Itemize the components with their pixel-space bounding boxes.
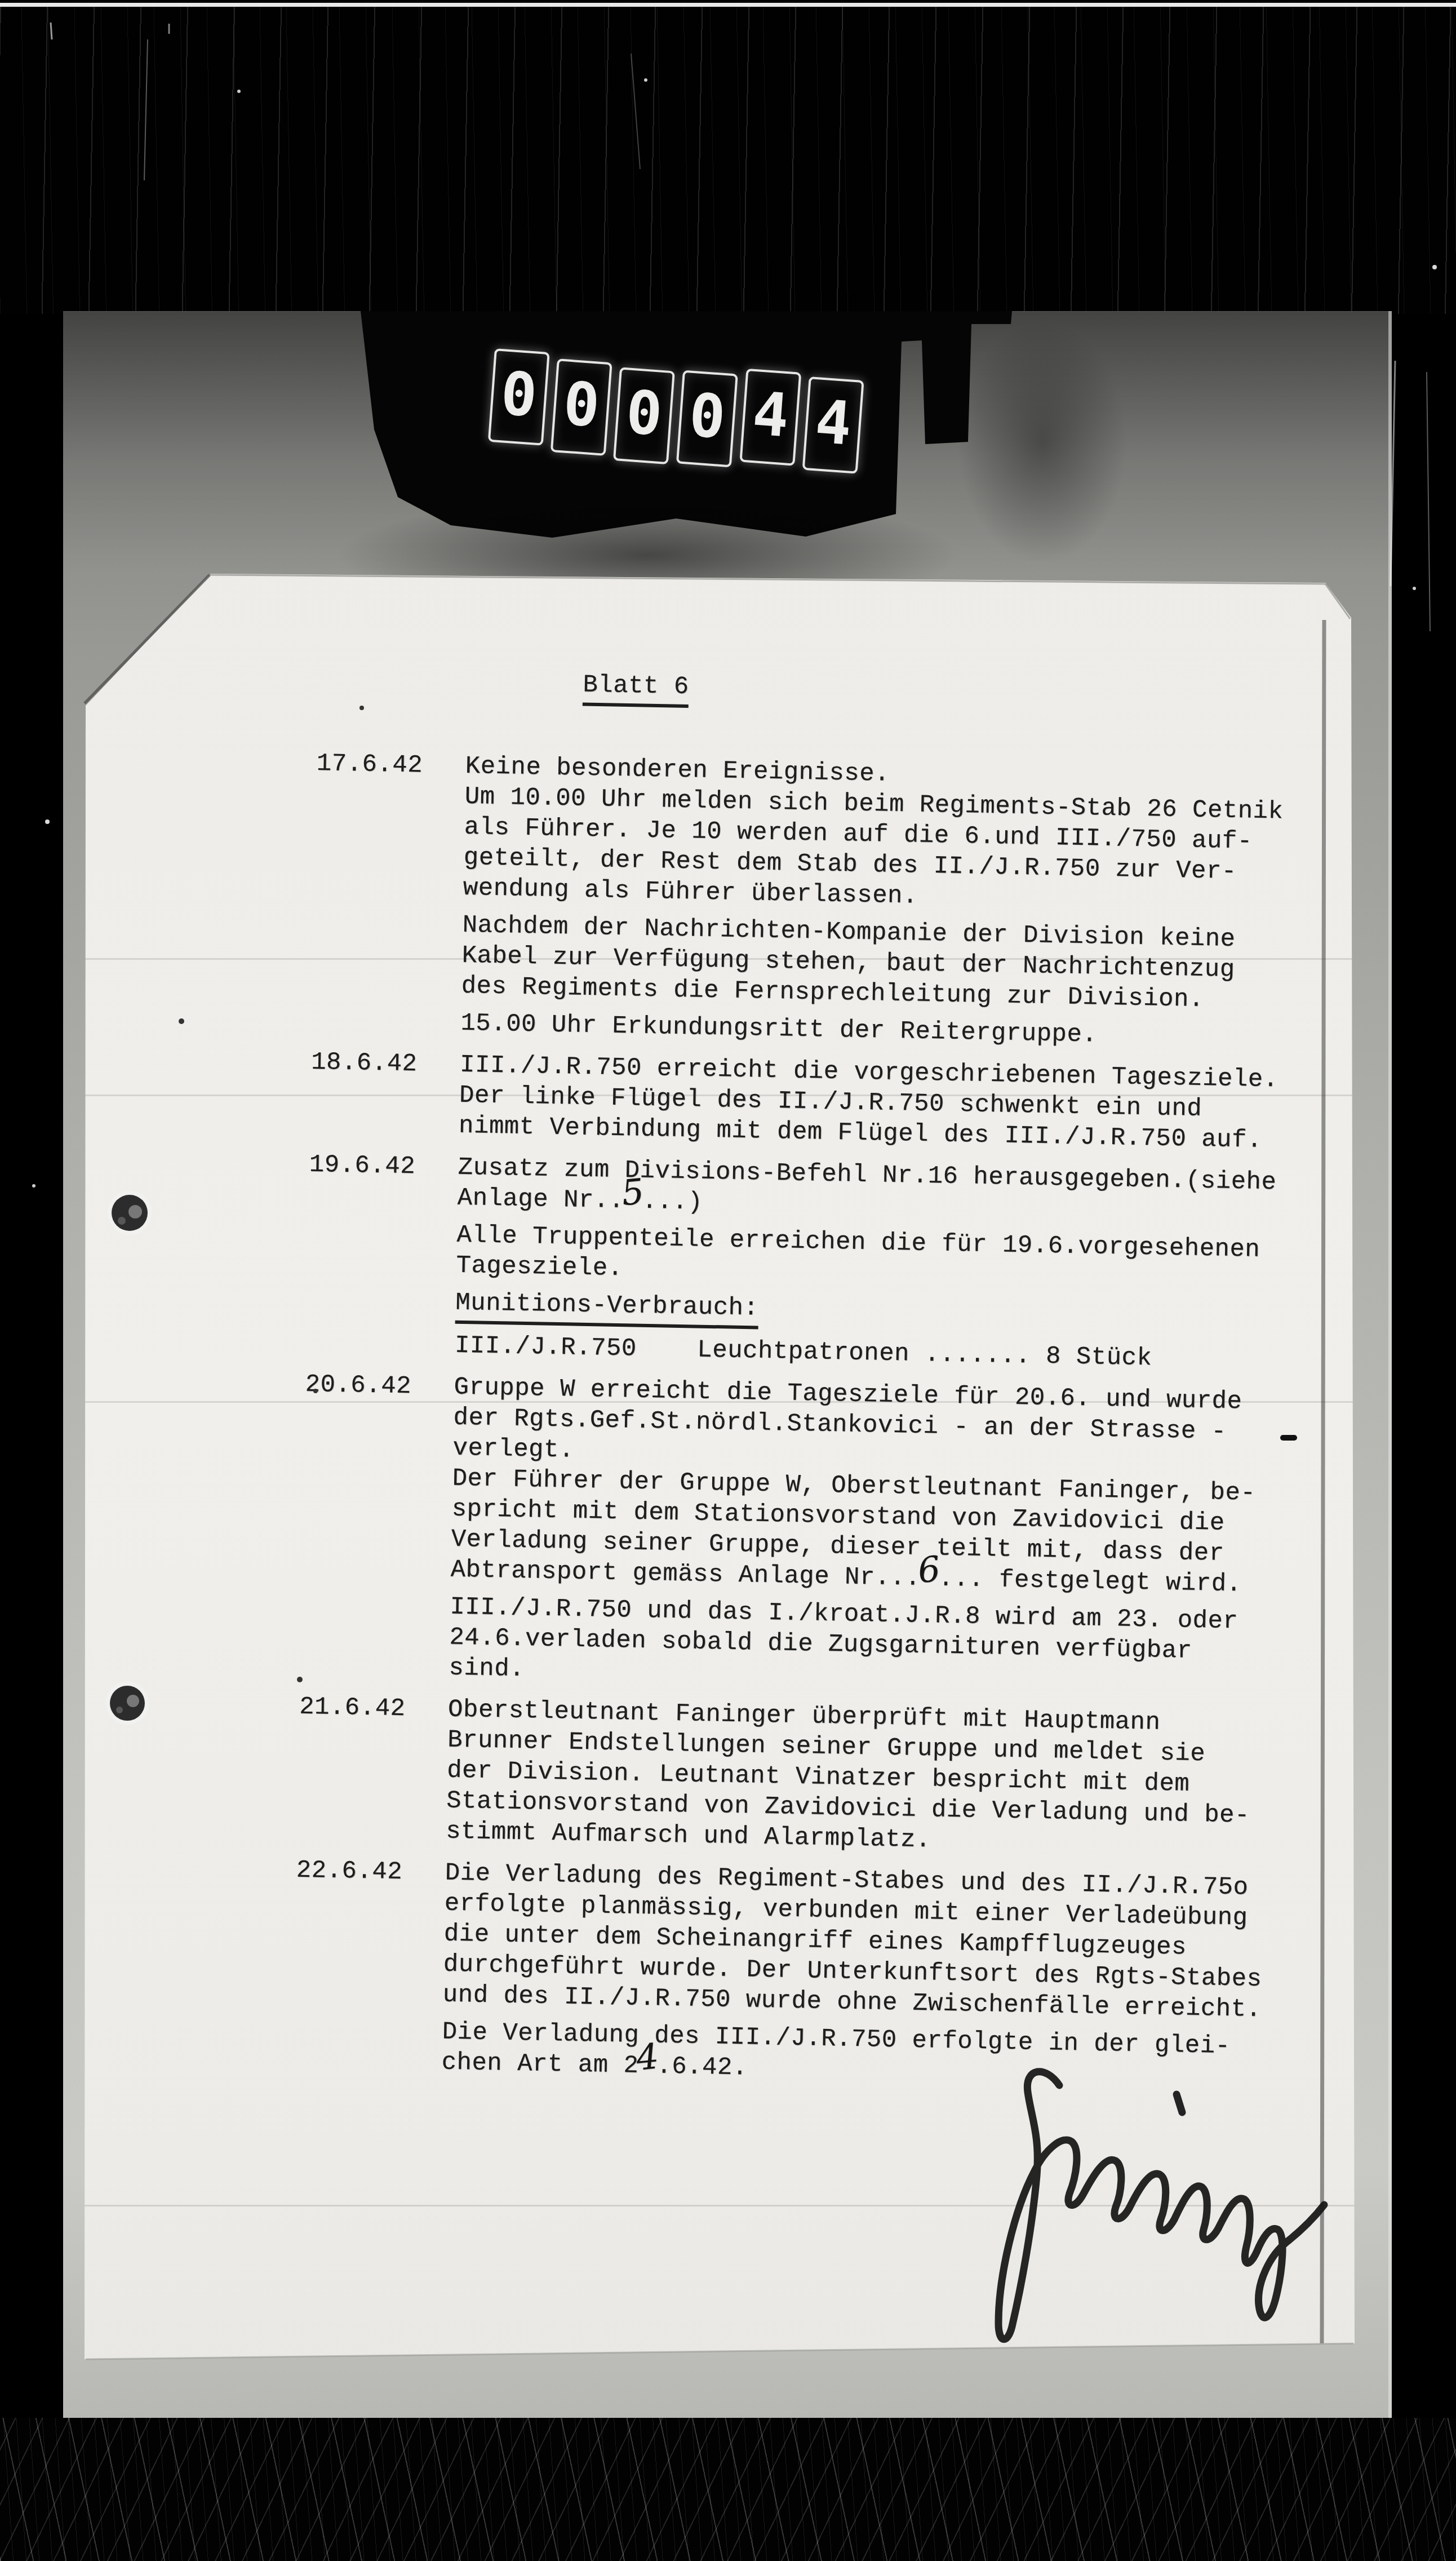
fold-line (85, 575, 210, 703)
archival-scan-photo: 0 0 0 0 4 4 Blatt 6 17.6.42 Keine besond… (0, 0, 1456, 2561)
black-film-band-bottom (0, 2418, 1456, 2561)
page-bottom-edge (86, 2343, 1353, 2359)
scan-artifacts (0, 0, 1456, 2561)
page-corner-edge (1325, 584, 1350, 619)
punch-hole (109, 1193, 150, 1233)
signature-faninger (998, 2072, 1324, 2340)
film-specks (32, 78, 1437, 2498)
page-right-edge (1322, 620, 1324, 2343)
paper-specks (179, 706, 1297, 1682)
page-top-edge (210, 575, 1325, 584)
film-scratches (51, 23, 1430, 631)
punch-hole (108, 1683, 147, 1723)
